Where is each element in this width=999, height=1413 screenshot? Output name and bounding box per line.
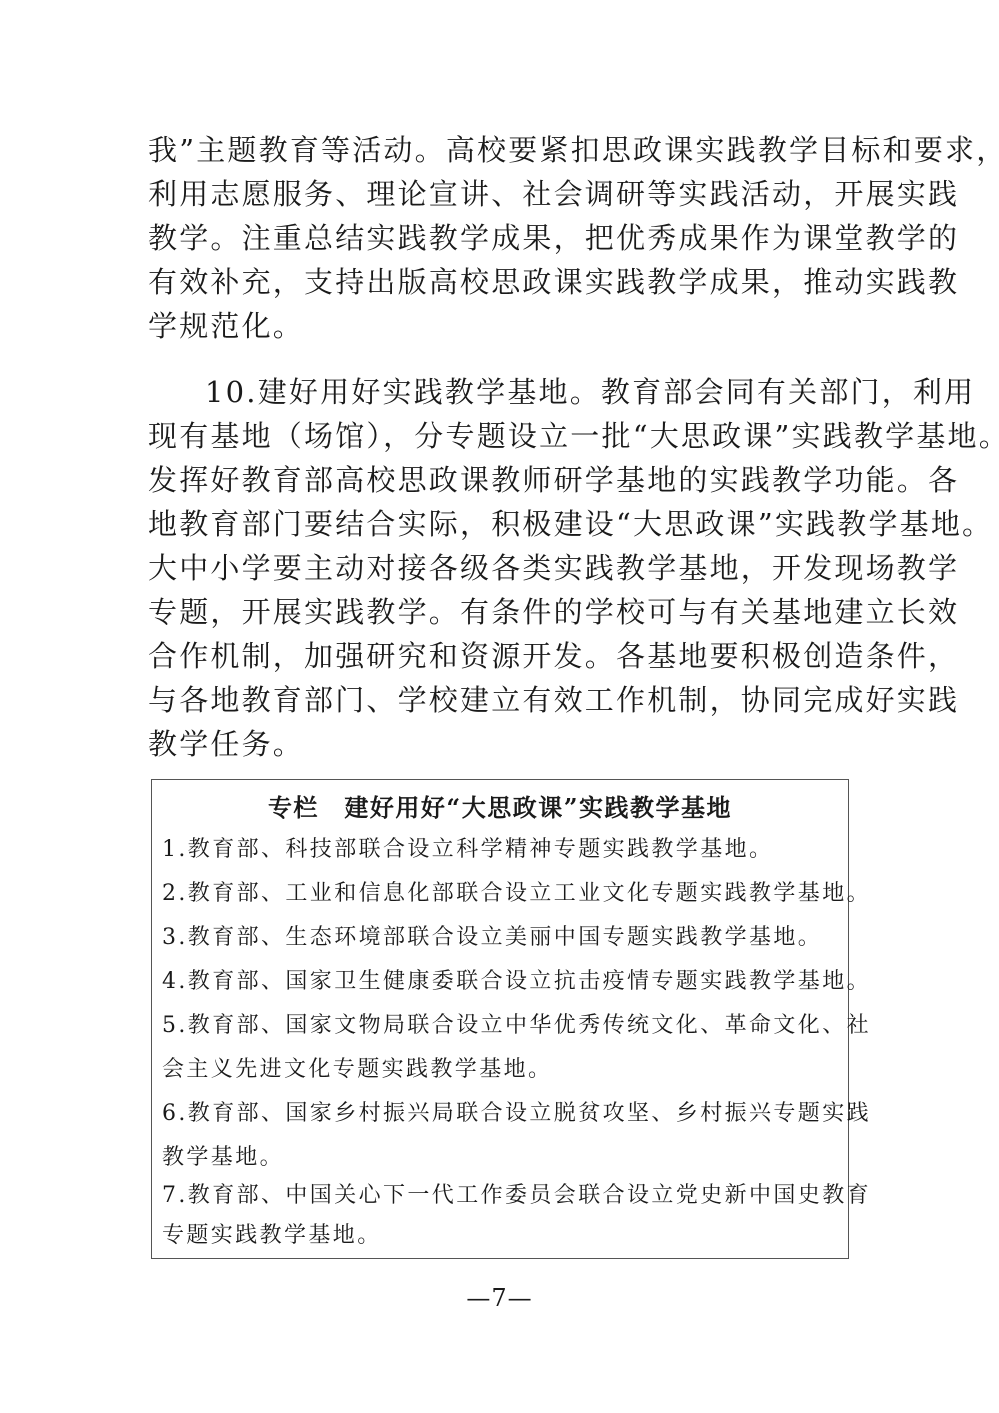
column-list-item: 6.教育部、国家乡村振兴局联合设立脱贫攻坚、乡村振兴专题实践	[162, 1096, 871, 1132]
text-line: 现有基地（场馆），分专题设立一批“大思政课”实践教学基地。	[148, 414, 999, 458]
column-list-item-continuation: 专题实践教学基地。	[162, 1218, 382, 1254]
page-number: —7—	[0, 1282, 999, 1314]
text-line: 我”主题教育等活动。高校要紧扣思政课实践教学目标和要求，	[148, 128, 999, 172]
column-box-title: 专栏 建好用好“大思政课”实践教学基地	[152, 790, 848, 826]
text-line: 教学。注重总结实践教学成果，把优秀成果作为课堂教学的	[148, 216, 959, 260]
text-line: 发挥好教育部高校思政课教师研学基地的实践教学功能。各	[148, 458, 959, 502]
text-line: 专题，开展实践教学。有条件的学校可与有关基地建立长效	[148, 590, 959, 634]
column-list-item: 4.教育部、国家卫生健康委联合设立抗击疫情专题实践教学基地。	[162, 964, 871, 1000]
text-line: 大中小学要主动对接各级各类实践教学基地，开发现场教学	[148, 546, 959, 590]
text-line: 学规范化。	[148, 304, 304, 348]
text-line: 合作机制，加强研究和资源开发。各基地要积极创造条件，	[148, 634, 959, 678]
text-line: 地教育部门要结合实际，积极建设“大思政课”实践教学基地。	[148, 502, 993, 546]
column-list-item: 5.教育部、国家文物局联合设立中华优秀传统文化、革命文化、社	[162, 1008, 871, 1044]
column-list-item: 1.教育部、科技部联合设立科学精神专题实践教学基地。	[162, 832, 773, 868]
text-line: 10.建好用好实践教学基地。教育部会同有关部门，利用	[205, 370, 975, 414]
column-list-item: 2.教育部、工业和信息化部联合设立工业文化专题实践教学基地。	[162, 876, 871, 912]
text-line: 教学任务。	[148, 722, 304, 766]
text-line: 利用志愿服务、理论宣讲、社会调研等实践活动，开展实践	[148, 172, 959, 216]
column-list-item-continuation: 教学基地。	[162, 1140, 284, 1176]
text-line: 有效补充，支持出版高校思政课实践教学成果，推动实践教	[148, 260, 959, 304]
column-list-item: 7.教育部、中国关心下一代工作委员会联合设立党史新中国史教育	[162, 1178, 871, 1214]
text-line: 与各地教育部门、学校建立有效工作机制，协同完成好实践	[148, 678, 959, 722]
column-box: 专栏 建好用好“大思政课”实践教学基地 1.教育部、科技部联合设立科学精神专题实…	[151, 779, 849, 1259]
column-list-item-continuation: 会主义先进文化专题实践教学基地。	[162, 1052, 552, 1088]
column-list-item: 3.教育部、生态环境部联合设立美丽中国专题实践教学基地。	[162, 920, 822, 956]
